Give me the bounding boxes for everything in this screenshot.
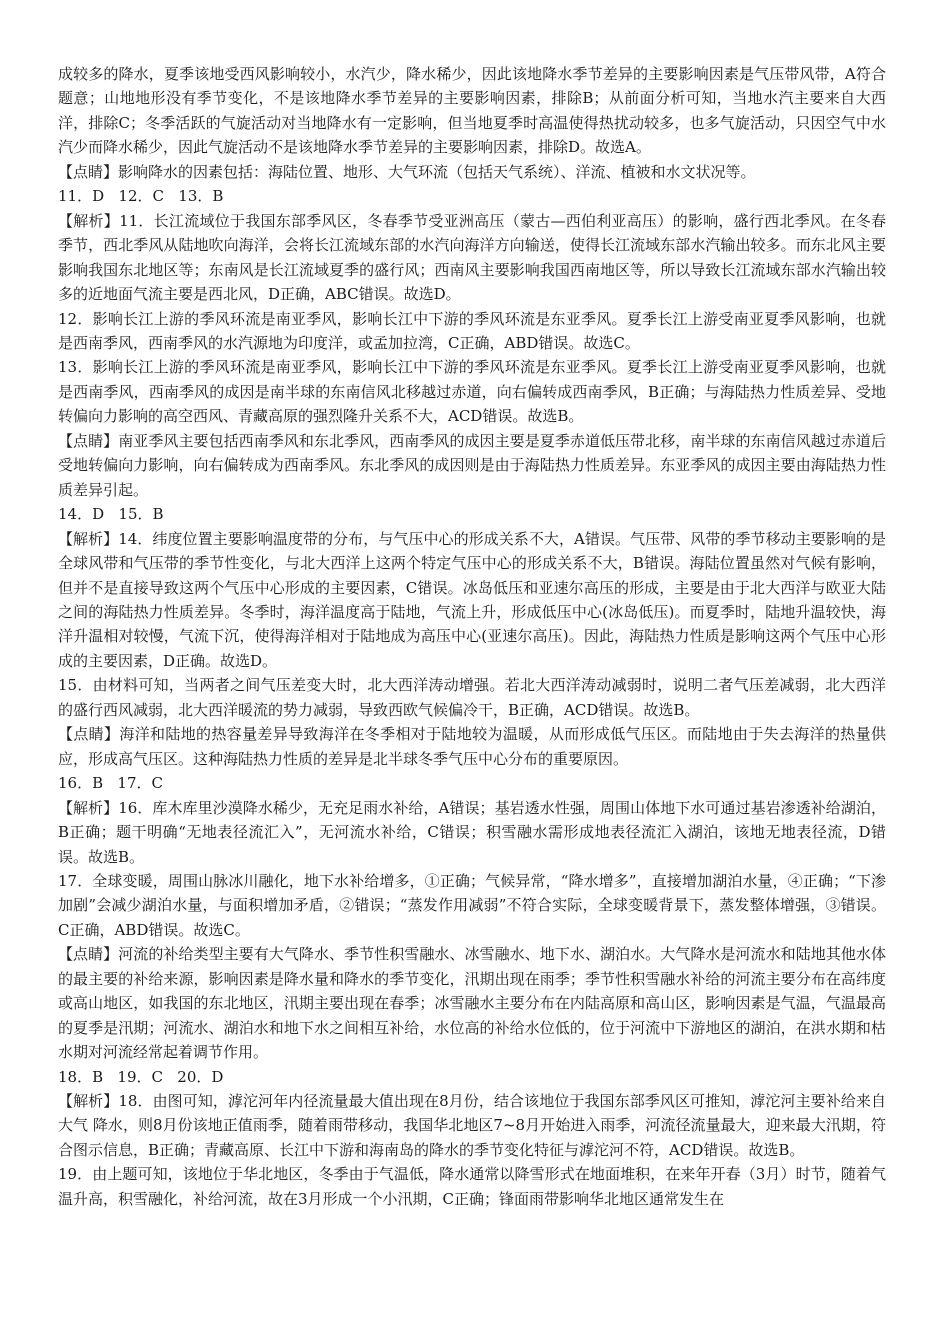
analysis-paragraph: 【解析】11．长江流域位于我国东部季风区，冬春季节受亚洲高压（蒙古—西伯利亚高压… [58,209,886,307]
tip-label: 【点睛】 [58,163,118,181]
tip-text: 影响降水的因素包括：海陆位置、地形、大气环流（包括天气系统）、洋流、植被和水文状… [118,163,756,181]
answer-key: 16．B 17．C [58,771,886,795]
analysis-text: 14．纬度位置主要影响温度带的分布，与气压中心的形成关系不大，A错误。气压带、风… [58,530,886,670]
analysis-label: 【解析】 [58,530,118,548]
explanation-paragraph: 19．由上题可知，该地位于华北地区，冬季由于气温低，降水通常以降雪形式在地面堆积… [58,1162,886,1211]
analysis-label: 【解析】 [58,212,119,230]
tip-text: 海洋和陆地的热容量差异导致海洋在冬季相对于陆地较为温暖，从而形成低气压区。而陆地… [58,725,886,767]
analysis-paragraph: 【解析】16．库木库里沙漠降水稀少，无充足雨水补给，A错误；基岩透水性强，周围山… [58,796,886,869]
explanation-paragraph: 12．影响长江上游的季风环流是南亚季风，影响长江中下游的季风环流是东亚季风。夏季… [58,307,886,356]
analysis-label: 【解析】 [58,799,118,817]
analysis-paragraph: 【解析】14．纬度位置主要影响温度带的分布，与气压中心的形成关系不大，A错误。气… [58,527,886,674]
analysis-paragraph: 【解析】18．由图可知，滹沱河年内径流量最大值出现在8月份，结合该地位于我国东部… [58,1089,886,1162]
tip-label: 【点睛】 [58,432,118,450]
document-page: 成较多的降水，夏季该地受西风影响较小，水汽少，降水稀少，因此该地降水季节差异的主… [58,62,886,1211]
tip-label: 【点睛】 [58,725,119,743]
answer-key: 11．D 12．C 13．B [58,184,886,208]
analysis-text: 16．库木库里沙漠降水稀少，无充足雨水补给，A错误；基岩透水性强，周围山体地下水… [58,799,886,866]
analysis-text: 11．长江流域位于我国东部季风区，冬春季节受亚洲高压（蒙古—西伯利亚高压）的影响… [58,212,886,303]
explanation-paragraph: 17．全球变暖，周围山脉冰川融化，地下水补给增多，①正确；气候异常，“降水增多”… [58,869,886,942]
tip-label: 【点睛】 [58,945,118,963]
paragraph-continuation: 成较多的降水，夏季该地受西风影响较小，水汽少，降水稀少，因此该地降水季节差异的主… [58,62,886,160]
tip-text: 河流的补给类型主要有大气降水、季节性积雪融水、冰雪融水、地下水、湖泊水。大气降水… [58,945,886,1061]
tip-paragraph: 【点睛】海洋和陆地的热容量差异导致海洋在冬季相对于陆地较为温暖，从而形成低气压区… [58,722,886,771]
tip-paragraph: 【点睛】影响降水的因素包括：海陆位置、地形、大气环流（包括天气系统）、洋流、植被… [58,160,886,184]
explanation-paragraph: 13．影响长江上游的季风环流是南亚季风，影响长江中下游的季风环流是东亚季风。夏季… [58,355,886,428]
analysis-label: 【解析】 [58,1092,118,1110]
explanation-paragraph: 15．由材料可知，当两者之间气压差变大时，北大西洋涛动增强。若北大西洋涛动减弱时… [58,673,886,722]
tip-paragraph: 【点睛】河流的补给类型主要有大气降水、季节性积雪融水、冰雪融水、地下水、湖泊水。… [58,942,886,1064]
tip-paragraph: 【点睛】南亚季风主要包括西南季风和东北季风，西南季风的成因主要是夏季赤道低压带北… [58,429,886,502]
analysis-text: 18．由图可知，滹沱河年内径流量最大值出现在8月份，结合该地位于我国东部季风区可… [58,1092,886,1159]
tip-text: 南亚季风主要包括西南季风和东北季风，西南季风的成因主要是夏季赤道低压带北移，南半… [58,432,886,499]
answer-key: 18．B 19．C 20．D [58,1065,886,1089]
answer-key: 14．D 15．B [58,502,886,526]
